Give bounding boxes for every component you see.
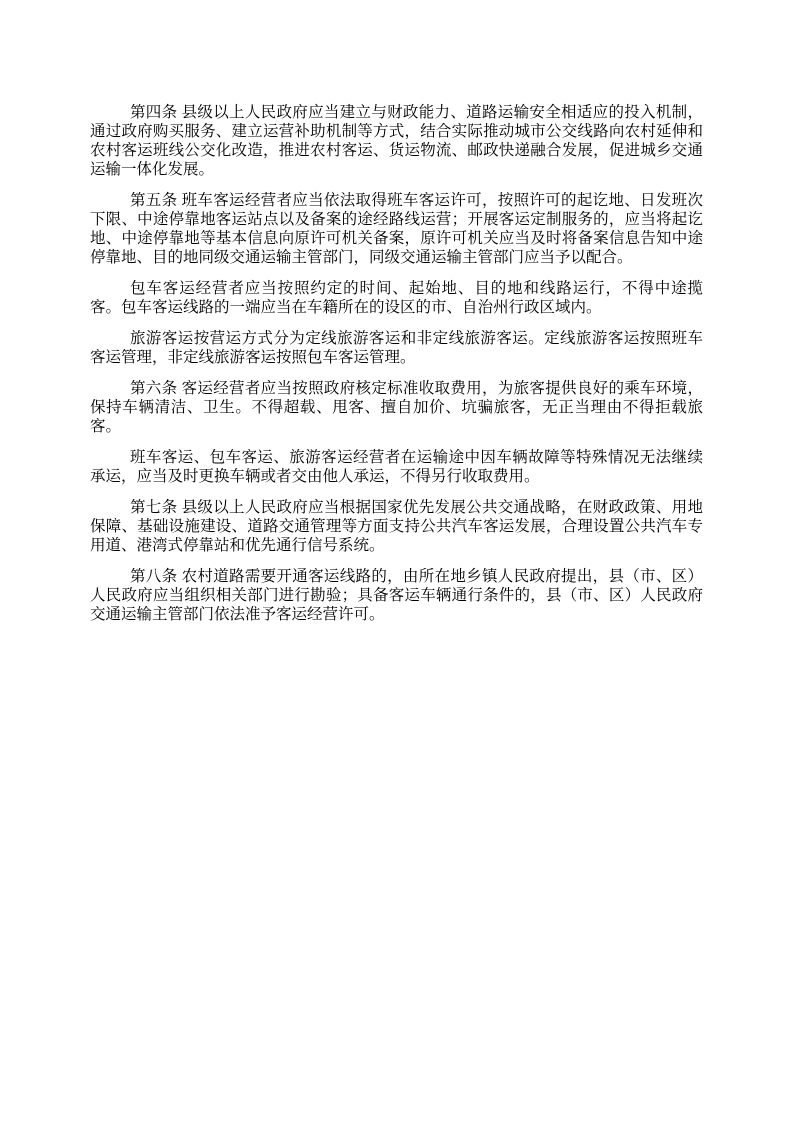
paragraph-vehicle-breakdown: 班车客运、包车客运、旅游客运经营者在运输途中因车辆故障等特殊情况无法继续承运，应… xyxy=(90,448,703,486)
paragraph-article-7: 第七条 县级以上人民政府应当根据国家优先发展公共交通战略，在财政政策、用地保障、… xyxy=(90,498,703,555)
paragraph-article-8: 第八条 农村道路需要开通客运线路的，由所在地乡镇人民政府提出，县（市、区）人民政… xyxy=(90,567,703,624)
paragraph-article-6: 第六条 客运经营者应当按照政府核定标准收取费用，为旅客提供良好的乘车环境，保持车… xyxy=(90,379,703,436)
paragraph-article-5: 第五条 班车客运经营者应当依法取得班车客运许可，按照许可的起讫地、日发班次下限、… xyxy=(90,191,703,267)
paragraph-charter-bus: 包车客运经营者应当按照约定的时间、起始地、目的地和线路运行，不得中途揽客。包车客… xyxy=(90,279,703,317)
document-page: 第四条 县级以上人民政府应当建立与财政能力、道路运输安全相适应的投入机制，通过政… xyxy=(90,103,703,636)
paragraph-article-4: 第四条 县级以上人民政府应当建立与财政能力、道路运输安全相适应的投入机制，通过政… xyxy=(90,103,703,179)
paragraph-tourist-transport: 旅游客运按营运方式分为定线旅游客运和非定线旅游客运。定线旅游客运按照班车客运管理… xyxy=(90,329,703,367)
